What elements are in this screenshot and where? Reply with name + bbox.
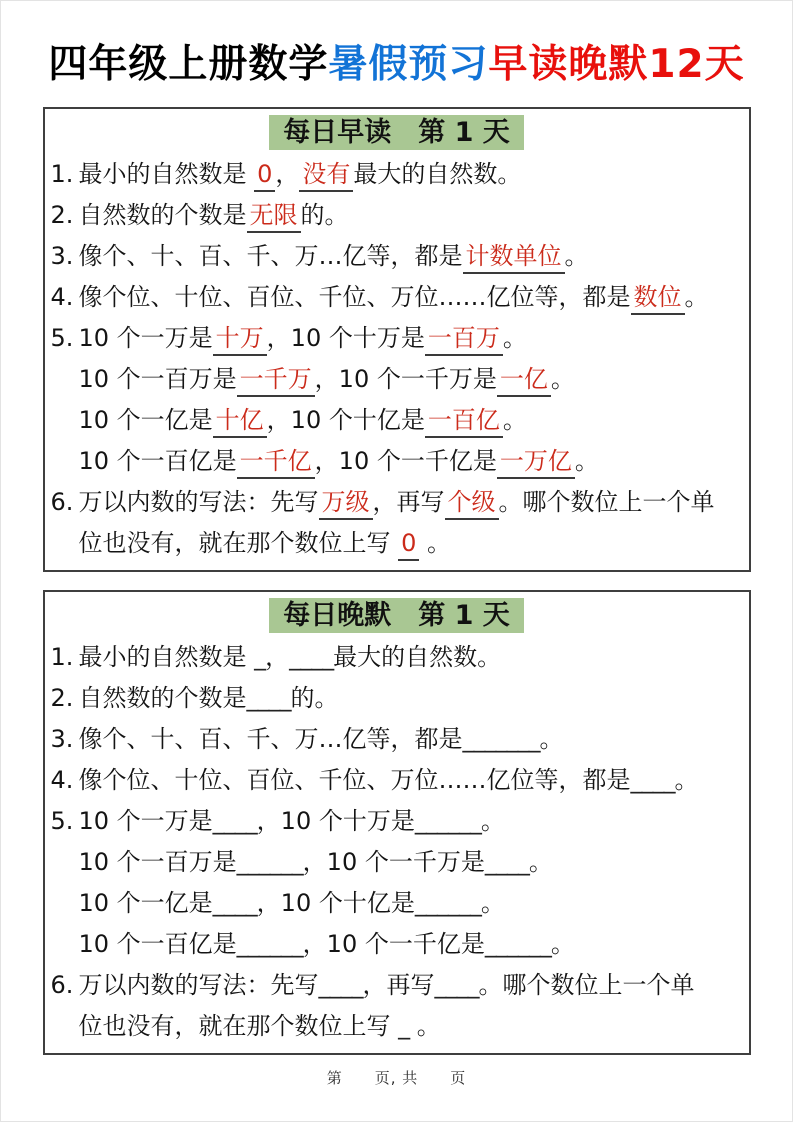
list-item: 位也没有，就在那个数位上写 _ 。 <box>45 1006 749 1047</box>
morning-reading-section: 每日早读 第 1 天 1.最小的自然数是 0，没有最大的自然数。2.自然数的个数… <box>43 107 751 572</box>
list-item: 6.万以内数的写法：先写____，再写____。哪个数位上一个单 <box>45 965 749 1006</box>
answer-text: 数位 <box>631 283 685 315</box>
item-text: 10 个一百万是一千万，10 个一千万是一亿。 <box>79 359 741 400</box>
text-segment: 。哪个数位上一个单 <box>499 488 715 516</box>
list-item: 10 个一百万是______，10 个一千万是____。 <box>45 842 749 883</box>
page-footer: 第 页, 共 页 <box>1 1067 792 1088</box>
text-segment: ，10 个一千亿是 <box>315 447 497 475</box>
text-segment: ，10 个十万是 <box>257 807 415 835</box>
list-item: 5.10 个一万是十万，10 个十万是一百万。 <box>45 318 749 359</box>
answer-text: 一千万 <box>237 365 315 397</box>
answer-text: 个级 <box>445 488 499 520</box>
text-segment: 。 <box>481 807 505 835</box>
text-segment: 10 个一万是 <box>79 324 213 352</box>
worksheet-page: 四年级上册数学暑假预习早读晚默12天 每日早读 第 1 天 1.最小的自然数是 … <box>1 41 792 1088</box>
text-segment: 10 个一亿是 <box>79 889 213 917</box>
text-segment: 最大的自然数。 <box>353 160 521 188</box>
blank-line: ____ <box>435 971 479 999</box>
text-segment: 万以内数的写法：先写 <box>79 488 319 516</box>
text-segment: 10 个一百万是 <box>79 848 237 876</box>
answer-text: 无限 <box>247 201 301 233</box>
item-text: 10 个一百万是______，10 个一千万是____。 <box>79 842 741 883</box>
text-segment: 。 <box>565 242 589 270</box>
text-segment: 位也没有，就在那个数位上写 <box>79 529 399 557</box>
morning-section-header: 每日早读 第 1 天 <box>269 115 524 150</box>
item-text: 像个位、十位、百位、千位、万位……亿位等，都是____。 <box>79 760 741 801</box>
item-number: 2. <box>51 195 79 236</box>
list-item: 10 个一百亿是一千亿，10 个一千亿是一万亿。 <box>45 441 749 482</box>
item-number: 1. <box>51 154 79 195</box>
item-text: 10 个一亿是十亿，10 个十亿是一百亿。 <box>79 400 741 441</box>
item-number: 2. <box>51 678 79 719</box>
text-segment: ，10 个一千万是 <box>303 848 485 876</box>
text-segment: 10 个一亿是 <box>79 406 213 434</box>
text-segment: 的。 <box>291 684 339 712</box>
blank-line: ______ <box>415 807 481 835</box>
item-number: 5. <box>51 801 79 842</box>
list-item: 3.像个、十、百、千、万…亿等，都是_______。 <box>45 719 749 760</box>
text-segment: 。 <box>481 889 505 917</box>
item-text: 位也没有，就在那个数位上写 0 。 <box>79 523 741 564</box>
list-item: 1.最小的自然数是 0，没有最大的自然数。 <box>45 154 749 195</box>
item-number: 1. <box>51 637 79 678</box>
text-segment: ，10 个十亿是 <box>267 406 425 434</box>
item-number: 6. <box>51 482 79 523</box>
text-segment: ，再写 <box>363 971 435 999</box>
text-segment: 的。 <box>301 201 349 229</box>
item-text: 万以内数的写法：先写____，再写____。哪个数位上一个单 <box>79 965 741 1006</box>
item-text: 像个位、十位、百位、千位、万位……亿位等，都是数位。 <box>79 277 741 318</box>
item-text: 10 个一百亿是______，10 个一千亿是______。 <box>79 924 741 965</box>
evening-item-list: 1.最小的自然数是 _，____最大的自然数。2.自然数的个数是____的。3.… <box>45 637 749 1047</box>
page-title: 四年级上册数学暑假预习早读晚默12天 <box>1 41 792 89</box>
item-number: 3. <box>51 236 79 277</box>
blank-line: ____ <box>213 889 257 917</box>
blank-line: ______ <box>485 930 551 958</box>
text-segment: 。 <box>540 725 564 753</box>
list-item: 10 个一亿是____，10 个十亿是______。 <box>45 883 749 924</box>
blank-line: ____ <box>319 971 363 999</box>
answer-text: 一万亿 <box>497 447 575 479</box>
evening-dictation-section: 每日晚默 第 1 天 1.最小的自然数是 _，____最大的自然数。2.自然数的… <box>43 590 751 1055</box>
text-segment: ，10 个一千亿是 <box>303 930 485 958</box>
text-segment: 10 个一百万是 <box>79 365 237 393</box>
text-segment: 万以内数的写法：先写 <box>79 971 319 999</box>
list-item: 6.万以内数的写法：先写万级，再写个级。哪个数位上一个单 <box>45 482 749 523</box>
item-text: 像个、十、百、千、万…亿等，都是计数单位。 <box>79 236 741 277</box>
answer-text: 一百万 <box>425 324 503 356</box>
text-segment: 。 <box>551 365 575 393</box>
text-segment: ，再写 <box>373 488 445 516</box>
item-number: 5. <box>51 318 79 359</box>
morning-section-header-row: 每日早读 第 1 天 <box>45 115 749 150</box>
list-item: 4.像个位、十位、百位、千位、万位……亿位等，都是____。 <box>45 760 749 801</box>
blank-line: _______ <box>463 725 540 753</box>
blank-line: ______ <box>415 889 481 917</box>
item-text: 最小的自然数是 0，没有最大的自然数。 <box>79 154 741 195</box>
text-segment: 。 <box>503 406 527 434</box>
list-item: 1.最小的自然数是 _，____最大的自然数。 <box>45 637 749 678</box>
list-item: 10 个一百亿是______，10 个一千亿是______。 <box>45 924 749 965</box>
text-segment: 。 <box>529 848 553 876</box>
answer-text: 0 <box>254 160 275 192</box>
list-item: 10 个一亿是十亿，10 个十亿是一百亿。 <box>45 400 749 441</box>
blank-line: ____ <box>213 807 257 835</box>
text-segment: 像个位、十位、百位、千位、万位……亿位等，都是 <box>79 283 631 311</box>
answer-text: 一百亿 <box>425 406 503 438</box>
evening-section-header-row: 每日晚默 第 1 天 <box>45 598 749 633</box>
item-text: 10 个一亿是____，10 个十亿是______。 <box>79 883 741 924</box>
item-text: 位也没有，就在那个数位上写 _ 。 <box>79 1006 741 1047</box>
blank-line: ____ <box>631 766 675 794</box>
item-number: 6. <box>51 965 79 1006</box>
evening-section-header: 每日晚默 第 1 天 <box>269 598 524 633</box>
answer-text: 一千亿 <box>237 447 315 479</box>
item-text: 自然数的个数是无限的。 <box>79 195 741 236</box>
list-item: 5.10 个一万是____，10 个十万是______。 <box>45 801 749 842</box>
list-item: 位也没有，就在那个数位上写 0 。 <box>45 523 749 564</box>
text-segment: ， <box>265 643 289 671</box>
text-segment: 。 <box>419 529 451 557</box>
item-text: 10 个一百亿是一千亿，10 个一千亿是一万亿。 <box>79 441 741 482</box>
item-number: 3. <box>51 719 79 760</box>
answer-text: 十万 <box>213 324 267 356</box>
text-segment: 最小的自然数是 <box>79 643 255 671</box>
text-segment: ，10 个十亿是 <box>257 889 415 917</box>
blank-line: ____ <box>289 643 333 671</box>
answer-text: 十亿 <box>213 406 267 438</box>
text-segment: ，10 个十万是 <box>267 324 425 352</box>
title-part-days: 早读晚默12天 <box>488 42 744 87</box>
blank-line: ____ <box>485 848 529 876</box>
item-text: 10 个一万是____，10 个十万是______。 <box>79 801 741 842</box>
blank-line: ______ <box>237 848 303 876</box>
text-segment: ，10 个一千万是 <box>315 365 497 393</box>
text-segment: 像个、十、百、千、万…亿等，都是 <box>79 725 463 753</box>
text-segment: 自然数的个数是 <box>79 201 247 229</box>
list-item: 2.自然数的个数是无限的。 <box>45 195 749 236</box>
text-segment: 最大的自然数。 <box>333 643 501 671</box>
list-item: 4.像个位、十位、百位、千位、万位……亿位等，都是数位。 <box>45 277 749 318</box>
title-part-grade: 四年级上册数学 <box>48 42 328 87</box>
item-text: 最小的自然数是 _，____最大的自然数。 <box>79 637 741 678</box>
text-segment: 像个位、十位、百位、千位、万位……亿位等，都是 <box>79 766 631 794</box>
text-segment: 。 <box>685 283 709 311</box>
answer-text: 没有 <box>299 160 353 192</box>
text-segment: 自然数的个数是 <box>79 684 247 712</box>
text-segment: 10 个一万是 <box>79 807 213 835</box>
item-text: 万以内数的写法：先写万级，再写个级。哪个数位上一个单 <box>79 482 741 523</box>
morning-item-list: 1.最小的自然数是 0，没有最大的自然数。2.自然数的个数是无限的。3.像个、十… <box>45 154 749 564</box>
blank-line: ______ <box>237 930 303 958</box>
text-segment: 。哪个数位上一个单 <box>479 971 695 999</box>
text-segment: 10 个一百亿是 <box>79 447 237 475</box>
answer-text: 万级 <box>319 488 373 520</box>
blank-line: _ <box>398 1012 409 1040</box>
text-segment: 。 <box>675 766 699 794</box>
text-segment: 最小的自然数是 <box>79 160 255 188</box>
text-segment: 位也没有，就在那个数位上写 <box>79 1012 399 1040</box>
item-number: 4. <box>51 760 79 801</box>
list-item: 3.像个、十、百、千、万…亿等，都是计数单位。 <box>45 236 749 277</box>
item-text: 像个、十、百、千、万…亿等，都是_______。 <box>79 719 741 760</box>
blank-line: ____ <box>247 684 291 712</box>
text-segment: 像个、十、百、千、万…亿等，都是 <box>79 242 463 270</box>
text-segment: 。 <box>551 930 575 958</box>
item-text: 自然数的个数是____的。 <box>79 678 741 719</box>
text-segment: ， <box>275 160 299 188</box>
list-item: 10 个一百万是一千万，10 个一千万是一亿。 <box>45 359 749 400</box>
item-text: 10 个一万是十万，10 个十万是一百万。 <box>79 318 741 359</box>
title-part-preview: 暑假预习 <box>328 42 488 87</box>
text-segment: 10 个一百亿是 <box>79 930 237 958</box>
blank-line: _ <box>254 643 265 671</box>
list-item: 2.自然数的个数是____的。 <box>45 678 749 719</box>
answer-text: 0 <box>398 529 419 561</box>
text-segment: 。 <box>575 447 599 475</box>
answer-text: 计数单位 <box>463 242 565 274</box>
text-segment: 。 <box>409 1012 441 1040</box>
item-number: 4. <box>51 277 79 318</box>
text-segment: 。 <box>503 324 527 352</box>
answer-text: 一亿 <box>497 365 551 397</box>
